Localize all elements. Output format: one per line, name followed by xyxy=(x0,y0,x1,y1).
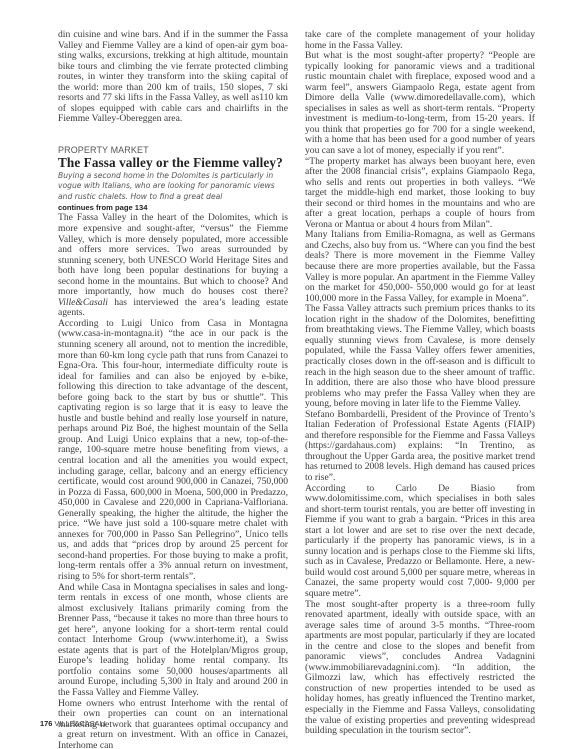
left-column: din cuisine and wine bars. And if in the… xyxy=(58,30,288,749)
publication-name: VILLE&CASALI xyxy=(54,719,105,728)
page-footer: 176 VILLE&CASALI xyxy=(40,719,106,728)
page-number: 176 xyxy=(40,719,52,728)
article-paragraph: But what is the most sought-after proper… xyxy=(305,51,535,156)
article-paragraph: According to Carlo De Biasio from www.do… xyxy=(305,484,535,600)
article-paragraph: The Fassa Valley in the heart of the Dol… xyxy=(58,213,288,318)
article-paragraph: Stefano Bombardelli, President of the Pr… xyxy=(305,410,535,484)
brand-name: Ville&Casali xyxy=(58,297,108,308)
right-column: take care of the complete management of … xyxy=(305,30,535,737)
article-paragraph: And while Casa in Montagna specialises i… xyxy=(58,583,288,699)
article-standfirst: Buying a second home in the Dolomites is… xyxy=(58,171,288,203)
article-paragraph: The most sought-after property is a thre… xyxy=(305,600,535,737)
paragraph-text: The Fassa Valley in the heart of the Dol… xyxy=(58,212,288,297)
article-paragraph: Many Italians from Emilia-Romagna, as we… xyxy=(305,230,535,304)
article-paragraph: The Fassa Valley attracts such premium p… xyxy=(305,304,535,409)
article-paragraph: “The property market has always been buo… xyxy=(305,157,535,231)
intro-paragraph: din cuisine and wine bars. And if in the… xyxy=(58,30,288,125)
magazine-page: din cuisine and wine bars. And if in the… xyxy=(0,0,580,749)
article-paragraph: According to Luigi Unico from Casa in Mo… xyxy=(58,319,288,583)
article-header: PROPERTY MARKET The Fassa valley or the … xyxy=(58,145,288,214)
article-headline: The Fassa valley or the Fiemme valley? xyxy=(58,156,288,170)
article-paragraph: take care of the complete management of … xyxy=(305,30,535,51)
section-kicker: PROPERTY MARKET xyxy=(58,145,288,155)
